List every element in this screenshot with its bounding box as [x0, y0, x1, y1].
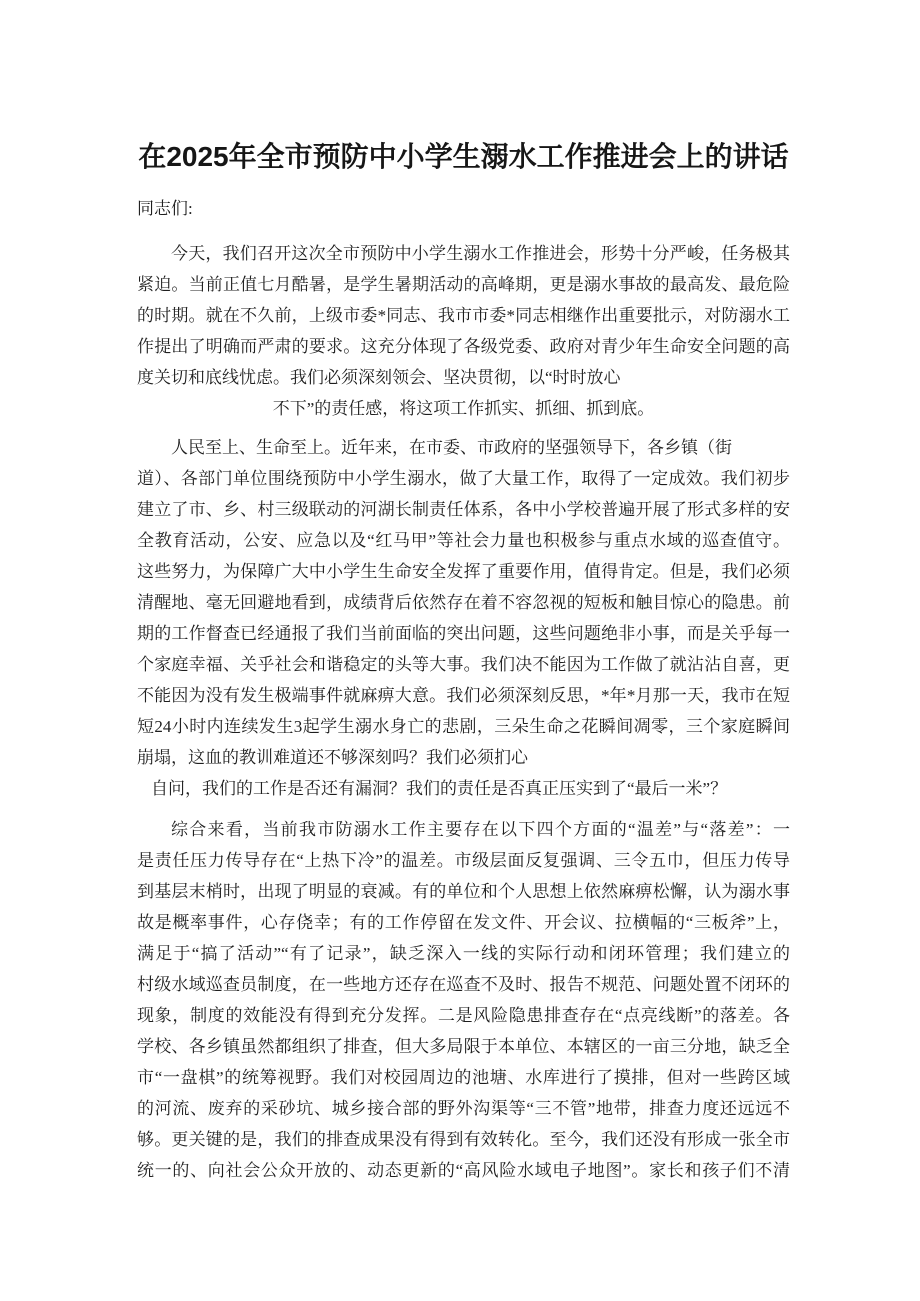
- text-line: 这些努力，为保障广大中小学生生命安全发挥了重要作用，值得肯定。但是，我们必须: [137, 556, 790, 587]
- text-line: 期的工作督查已经通报了我们当前面临的突出问题，这些问题绝非小事，而是关乎每一: [137, 618, 790, 649]
- text-line: 综合来看，当前我市防溺水工作主要存在以下四个方面的“温差”与“落差”：一: [137, 814, 790, 845]
- text-line: 是责任压力传导存在“上热下冷”的温差。市级层面反复强调、三令五巾，但压力传导: [137, 845, 790, 876]
- text-line: 市“一盘棋”的统筹视野。我们对校园周边的池塘、水库进行了摸排，但对一些跨区域: [137, 1062, 790, 1093]
- text-line: 今天，我们召开这次全市预防中小学生溺水工作推进会，形势十分严峻，任务极其: [137, 238, 790, 269]
- text-line: 现象，制度的效能没有得到充分发挥。二是风险隐患排查存在“点亮线断”的落差。各: [137, 1000, 790, 1031]
- text-line: 建立了市、乡、村三级联动的河湖长制责任体系，各中小学校普遍开展了形式多样的安: [137, 494, 790, 525]
- text-line: 个家庭幸福、关乎社会和谐稳定的头等大事。我们决不能因为工作做了就沾沾自喜，更: [137, 649, 790, 680]
- paragraph-1: 今天，我们召开这次全市预防中小学生溺水工作推进会，形势十分严峻，任务极其 紧迫。…: [137, 238, 790, 424]
- text-line: 学校、各乡镇虽然都组织了排查，但大多局限于本单位、本辖区的一亩三分地，缺乏全: [137, 1031, 790, 1062]
- text-line: 短24小时内连续发生3起学生溺水身亡的悲剧，三朵生命之花瞬间凋零，三个家庭瞬间: [137, 711, 790, 742]
- text-line: 到基层末梢时，出现了明显的衰减。有的单位和个人思想上依然麻痹松懈，认为溺水事: [137, 876, 790, 907]
- text-line: 故是概率事件，心存侥幸；有的工作停留在发文件、开会议、拉横幅的“三板斧”上，: [137, 907, 790, 938]
- text-column: 在2025年全市预防中小学生溺水工作推进会上的讲话 同志们: 今天，我们召开这次…: [137, 137, 790, 1186]
- text-line: 满足于“搞了活动”“有了记录”，缺乏深入一线的实际行动和闭环管理；我们建立的: [137, 938, 790, 969]
- text-line: 够。更关键的是，我们的排查成果没有得到有效转化。至今，我们还没有形成一张全市: [137, 1124, 790, 1155]
- text-line: 村级水域巡查员制度，在一些地方还存在巡查不及时、报告不规范、问题处置不闭环的: [137, 969, 790, 1000]
- text-line: 的河流、废弃的采砂坑、城乡接合部的野外沟渠等“三不管”地带，排查力度还远远不: [137, 1093, 790, 1124]
- salutation: 同志们:: [137, 193, 790, 224]
- document-title: 在2025年全市预防中小学生溺水工作推进会上的讲话: [137, 137, 790, 177]
- text-line: 统一的、向社会公众开放的、动态更新的“高风险水域电子地图”。家长和孩子们不清: [137, 1155, 790, 1186]
- text-line-centered: 不下”的责任感，将这项工作抓实、抓细、抓到底。: [137, 393, 790, 424]
- text-line: 崩塌，这血的教训难道还不够深刻吗？我们必须扪心: [137, 742, 790, 773]
- text-line: 紧迫。当前正值七月酷暑，是学生暑期活动的高峰期，更是溺水事故的最高发、最危险: [137, 269, 790, 300]
- text-line: 作提出了明确而严肃的要求。这充分体现了各级党委、政府对青少年生命安全问题的高: [137, 331, 790, 362]
- paragraph-2: 人民至上、生命至上。近年来，在市委、市政府的坚强领导下，各乡镇（街 道）、各部门…: [137, 432, 790, 804]
- text-line: 自问，我们的工作是否还有漏洞？我们的责任是否真正压实到了“最后一米”？: [137, 773, 790, 804]
- paragraph-3: 综合来看，当前我市防溺水工作主要存在以下四个方面的“温差”与“落差”：一 是责任…: [137, 814, 790, 1186]
- text-line: 道）、各部门单位围绕预防中小学生溺水，做了大量工作，取得了一定成效。我们初步: [137, 463, 790, 494]
- document-page: 在2025年全市预防中小学生溺水工作推进会上的讲话 同志们: 今天，我们召开这次…: [0, 0, 920, 1301]
- text-line: 清醒地、毫无回避地看到，成绩背后依然存在着不容忽视的短板和触目惊心的隐患。前: [137, 587, 790, 618]
- text-line: 人民至上、生命至上。近年来，在市委、市政府的坚强领导下，各乡镇（街: [137, 432, 790, 463]
- text-line: 全教育活动，公安、应急以及“红马甲”等社会力量也积极参与重点水域的巡查值守。: [137, 525, 790, 556]
- text-line: 度关切和底线忧虑。我们必须深刻领会、坚决贯彻，以“时时放心: [137, 362, 790, 393]
- text-line: 不能因为没有发生极端事件就麻痹大意。我们必须深刻反思，*年*月那一天，我市在短: [137, 680, 790, 711]
- text-line: 的时期。就在不久前，上级市委*同志、我市市委*同志相继作出重要批示，对防溺水工: [137, 300, 790, 331]
